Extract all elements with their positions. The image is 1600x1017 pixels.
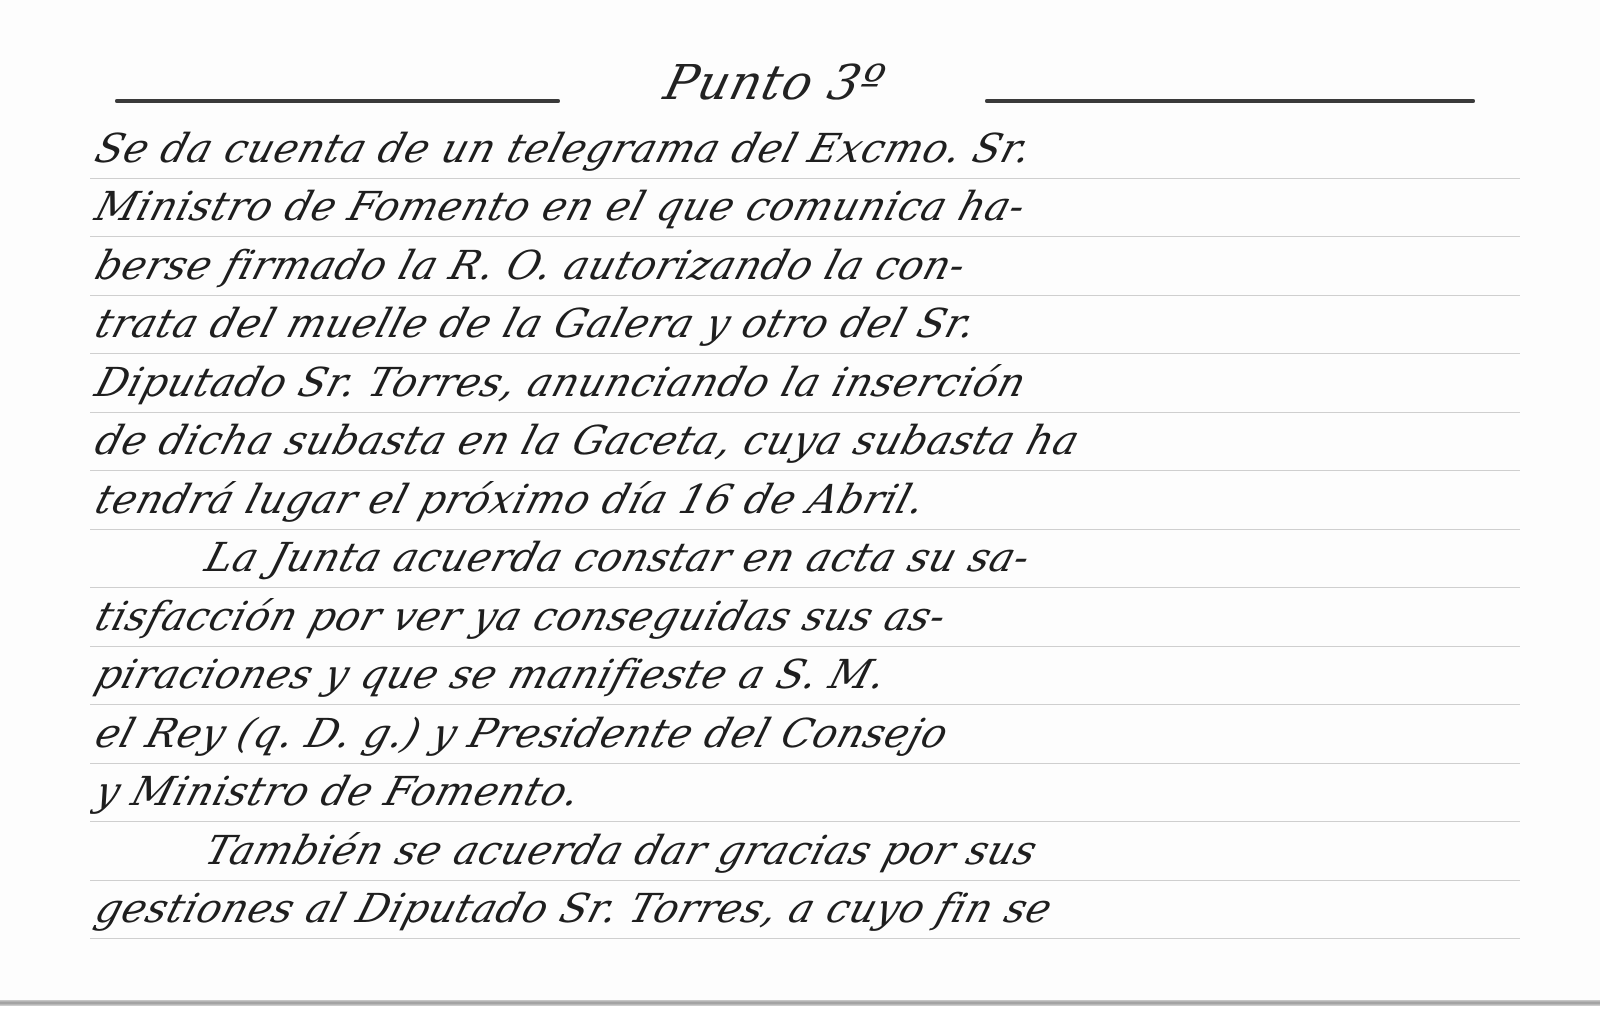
line-text: La Junta acuerda constar en acta su sa-: [200, 535, 1035, 581]
text-line: piraciones y que se manifieste a S. M.: [90, 647, 1520, 706]
line-text: tendrá lugar el próximo día 16 de Abril.: [90, 477, 930, 523]
text-line: tendrá lugar el próximo día 16 de Abril.: [90, 471, 1520, 530]
line-text: y Ministro de Fomento.: [90, 769, 586, 815]
text-line: de dicha subasta en la Gaceta, cuya suba…: [90, 413, 1520, 472]
heading-rule-left: [115, 99, 560, 103]
text-line: y Ministro de Fomento.: [90, 764, 1520, 823]
line-text: gestiones al Diputado Sr. Torres, a cuyo…: [90, 886, 1058, 932]
line-text: piraciones y que se manifieste a S. M.: [90, 652, 892, 698]
line-text: trata del muelle de la Galera y otro del…: [90, 301, 981, 347]
line-text: Se da cuenta de un telegrama del Excmo. …: [90, 126, 1037, 172]
manuscript-body: Se da cuenta de un telegrama del Excmo. …: [90, 120, 1520, 939]
text-line: Ministro de Fomento en el que comunica h…: [90, 179, 1520, 238]
line-text: Diputado Sr. Torres, anunciando la inser…: [90, 360, 1031, 406]
text-line-paragraph-start: También se acuerda dar gracias por sus: [90, 822, 1520, 881]
heading-rule-right: [985, 99, 1475, 103]
text-line: berse firmado la R. O. autorizando la co…: [90, 237, 1520, 296]
text-line: trata del muelle de la Galera y otro del…: [90, 296, 1520, 355]
page-bottom-border: [0, 1000, 1600, 1006]
manuscript-page: Punto 3º Se da cuenta de un telegrama de…: [0, 0, 1600, 1000]
text-line-paragraph-start: La Junta acuerda constar en acta su sa-: [90, 530, 1520, 589]
line-text: tisfacción por ver ya conseguidas sus as…: [90, 594, 951, 640]
line-text: el Rey (q. D. g.) y Presidente del Conse…: [90, 711, 954, 757]
text-line: el Rey (q. D. g.) y Presidente del Conse…: [90, 705, 1520, 764]
heading-text: Punto 3º: [578, 55, 972, 111]
text-line: Se da cuenta de un telegrama del Excmo. …: [90, 120, 1520, 179]
line-text: Ministro de Fomento en el que comunica h…: [90, 184, 1031, 230]
text-line: Diputado Sr. Torres, anunciando la inser…: [90, 354, 1520, 413]
section-heading: Punto 3º: [115, 55, 1475, 115]
line-text: de dicha subasta en la Gaceta, cuya suba…: [90, 418, 1085, 464]
text-line: tisfacción por ver ya conseguidas sus as…: [90, 588, 1520, 647]
text-line: gestiones al Diputado Sr. Torres, a cuyo…: [90, 881, 1520, 940]
line-text: También se acuerda dar gracias por sus: [200, 828, 1042, 874]
line-text: berse firmado la R. O. autorizando la co…: [90, 243, 971, 289]
